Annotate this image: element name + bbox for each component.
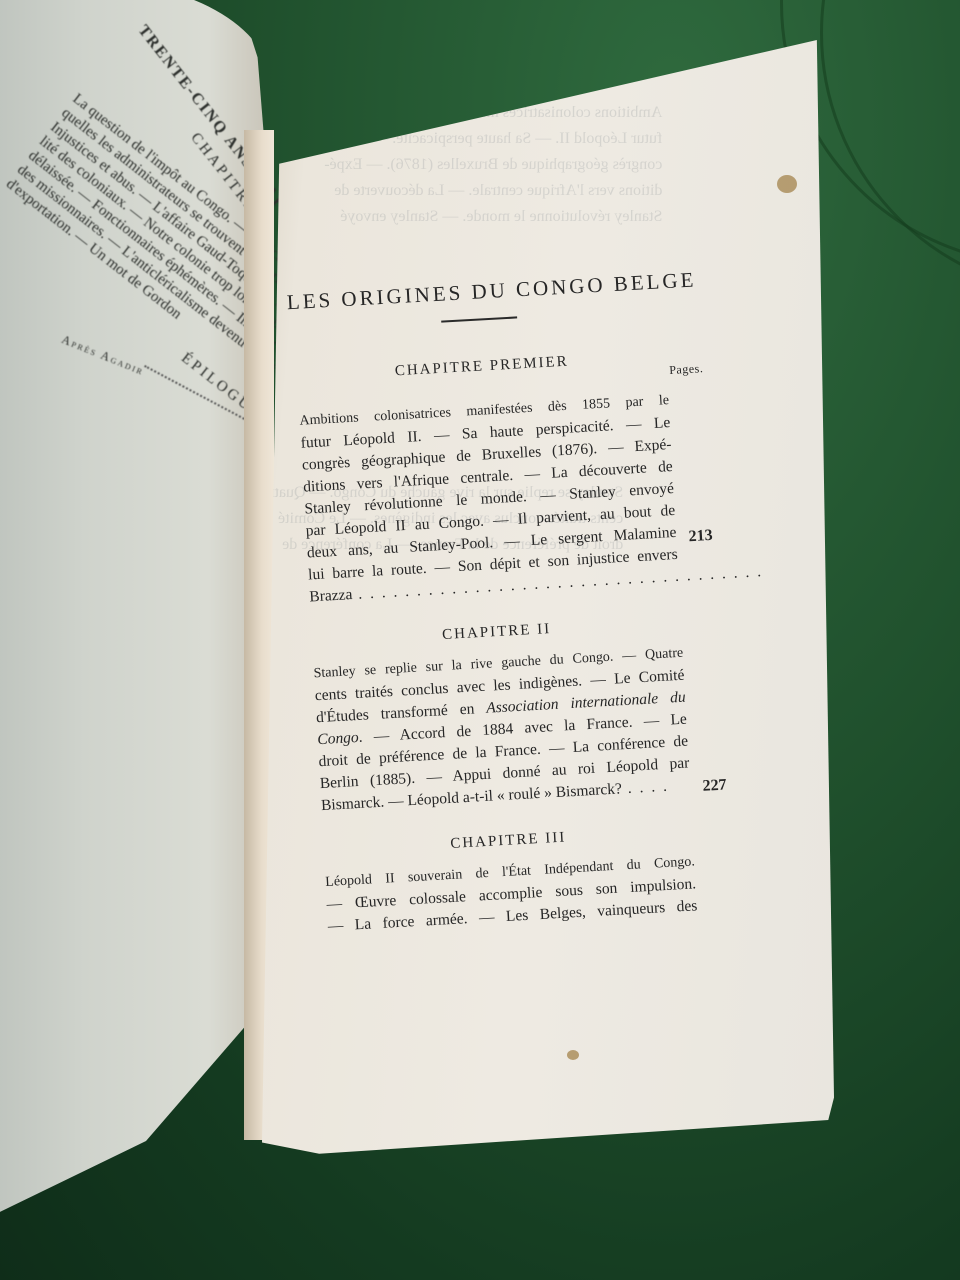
page-number: 213	[688, 527, 713, 546]
title-rule	[441, 316, 517, 322]
page-number: 227	[702, 776, 727, 795]
bleed-through-text: Ambitions colonisatrices manifestées dès…	[322, 100, 662, 230]
table-of-contents: LES ORIGINES DU CONGO BELGE CHAPITRE PRE…	[290, 229, 698, 938]
toc-entry-chapter-2: Stanley se replie sur la rive gauche du …	[313, 643, 691, 817]
foxing-stain	[512, 52, 530, 60]
book-title: LES ORIGINES DU CONGO BELGE	[286, 269, 663, 315]
epilogue-entry: Après Agadir	[59, 332, 146, 379]
toc-entry-chapter-1: Ambitions colonisatrices manifestées dès…	[299, 390, 679, 608]
foxing-stain	[777, 175, 797, 193]
foxing-stain	[567, 1050, 579, 1060]
